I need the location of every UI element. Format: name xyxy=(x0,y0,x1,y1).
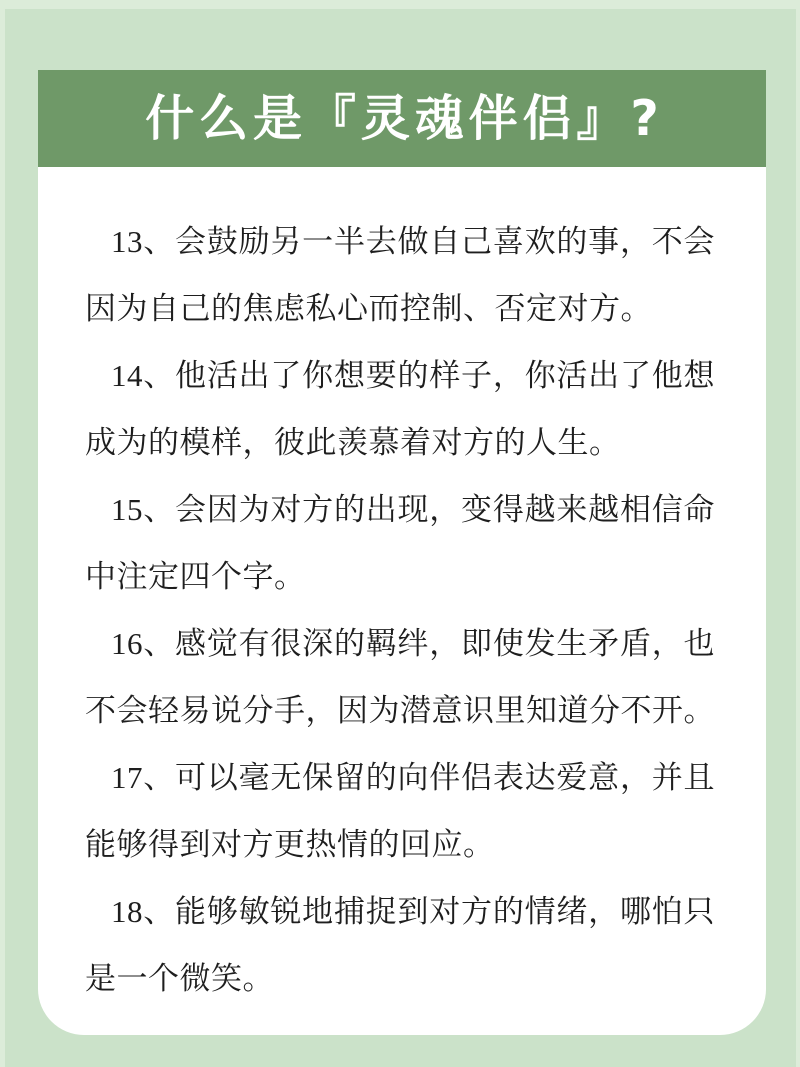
page-background: 什么是『灵魂伴侣』? 13、会鼓励另一半去做自己喜欢的事，不会因为自己的焦虑私心… xyxy=(0,0,800,1067)
list-item-17: 17、可以毫无保留的向伴侣表达爱意，并且能够得到对方更热情的回应。 xyxy=(85,744,715,878)
page-title: 什么是『灵魂伴侣』? xyxy=(140,94,663,143)
list-item-14: 14、他活出了你想要的样子，你活出了他想成为的模样，彼此羡慕着对方的人生。 xyxy=(85,342,715,476)
list-item-13: 13、会鼓励另一半去做自己喜欢的事，不会因为自己的焦虑私心而控制、否定对方。 xyxy=(85,208,715,342)
list-item-18: 18、能够敏锐地捕捉到对方的情绪，哪怕只是一个微笑。 xyxy=(85,878,715,1012)
content-area: 13、会鼓励另一半去做自己喜欢的事，不会因为自己的焦虑私心而控制、否定对方。 1… xyxy=(38,167,766,1035)
list-item-15: 15、会因为对方的出现，变得越来越相信命中注定四个字。 xyxy=(85,476,715,610)
list-item-16: 16、感觉有很深的羁绊，即使发生矛盾，也不会轻易说分手，因为潜意识里知道分不开。 xyxy=(85,610,715,744)
header-banner: 什么是『灵魂伴侣』? xyxy=(38,70,766,167)
